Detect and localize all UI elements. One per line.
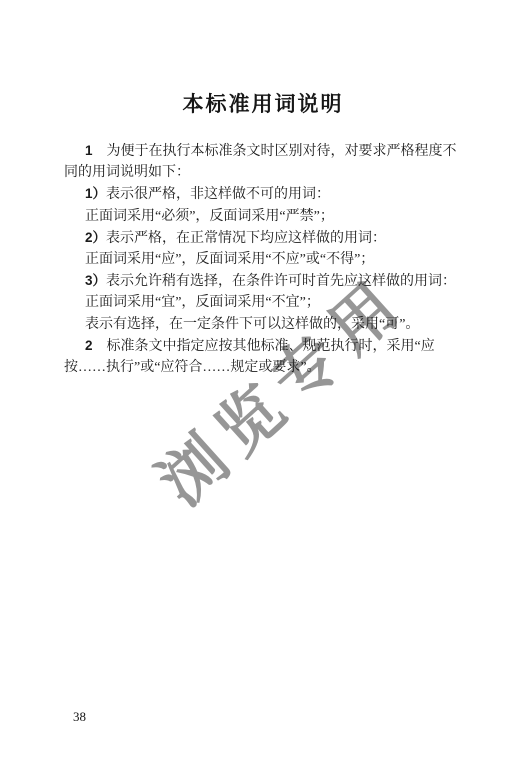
document-page: 本标准用词说明 1 为便于在执行本标准条文时区别对待，对要求严格程度不同的用词说… [0, 0, 529, 767]
clause-number: 2 [85, 338, 93, 353]
text-line: 同的用词说明如下： [64, 162, 464, 183]
clause-text: 表示允许稍有选择，在条件许可时首先应这样做的用词： [106, 274, 456, 289]
page-number: 38 [73, 709, 86, 725]
text-line: 1）表示很严格，非这样做不可的用词： [64, 183, 464, 205]
clause-number: 1） [85, 186, 106, 201]
clause-text: 正面词采用“应”，反面词采用“不应”或“不得”； [85, 252, 374, 267]
clause-text: 表示有选择，在一定条件下可以这样做的，采用“可”。 [85, 317, 419, 332]
clause-number: 1 [85, 143, 93, 158]
text-line: 正面词采用“必须”，反面词采用“严禁”； [64, 206, 464, 227]
clause-text: 同的用词说明如下： [64, 165, 190, 180]
text-line: 正面词采用“应”，反面词采用“不应”或“不得”； [64, 249, 464, 270]
page-title: 本标准用词说明 [64, 92, 462, 117]
text-line: 表示有选择，在一定条件下可以这样做的，采用“可”。 [64, 314, 464, 335]
body-text: 1 为便于在执行本标准条文时区别对待，对要求严格程度不同的用词说明如下：1）表示… [64, 140, 464, 378]
clause-text: 表示很严格，非这样做不可的用词： [106, 187, 330, 202]
clause-text: 按……执行”或“应符合……规定或要求”。 [64, 360, 321, 375]
clause-number: 3） [85, 273, 106, 288]
text-line: 2 标准条文中指定应按其他标准、规范执行时，采用“应 [64, 335, 464, 357]
text-line: 3）表示允许稍有选择，在条件许可时首先应这样做的用词： [64, 270, 464, 292]
text-line: 按……执行”或“应符合……规定或要求”。 [64, 357, 464, 378]
text-line: 1 为便于在执行本标准条文时区别对待，对要求严格程度不 [64, 140, 464, 162]
clause-text: 表示严格，在正常情况下均应这样做的用词： [106, 231, 386, 246]
clause-number: 2） [85, 230, 106, 245]
clause-text: 正面词采用“宜”，反面词采用“不宜”； [85, 295, 320, 310]
clause-text: 为便于在执行本标准条文时区别对待，对要求严格程度不 [93, 144, 457, 159]
clause-text: 标准条文中指定应按其他标准、规范执行时，采用“应 [93, 339, 435, 354]
text-line: 正面词采用“宜”，反面词采用“不宜”； [64, 292, 464, 313]
clause-text: 正面词采用“必须”，反面词采用“严禁”； [85, 209, 334, 224]
text-line: 2）表示严格，在正常情况下均应这样做的用词： [64, 227, 464, 249]
